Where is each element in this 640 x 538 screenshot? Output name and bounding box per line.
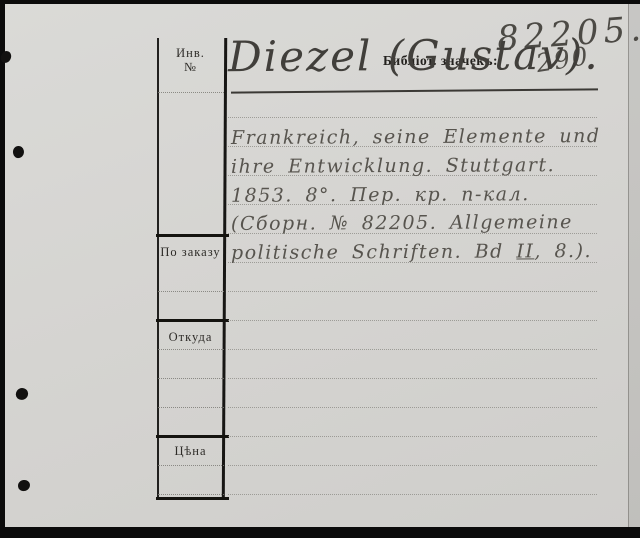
column-ruled-line: [158, 407, 224, 408]
entry-line-4: (Сборн. № 82205. Allgemeine: [231, 211, 573, 235]
catalog-card-scan: Инв. № По заказу Откуда Цѣна Библіот. зн…: [0, 0, 640, 538]
column-ruled-line: [158, 92, 224, 93]
column-ruled-line: [158, 349, 224, 350]
column-section-divider: [156, 234, 229, 237]
ruled-line: [228, 117, 597, 118]
origin-label: Откуда: [157, 330, 224, 344]
order-label: По заказу: [157, 245, 224, 259]
column-ruled-line: [158, 378, 224, 379]
column-section-divider: [156, 435, 229, 438]
column-ruled-line: [158, 291, 224, 292]
ruled-line: [228, 494, 597, 495]
author-heading-underline: [231, 88, 598, 93]
inventory-label-line1: Инв.: [157, 46, 224, 60]
scan-edge-bottom: [0, 527, 640, 538]
price-label: Цѣна: [157, 444, 224, 458]
column-section-divider: [156, 497, 229, 500]
ruled-line: [228, 291, 597, 292]
entry-line-2: ihre Entwicklung. Stuttgart.: [231, 154, 555, 178]
ruled-line: [228, 436, 597, 437]
scan-edge-left: [0, 0, 5, 538]
column-ruled-line: [158, 494, 224, 495]
ink-dot: [14, 386, 29, 401]
paper-right-shade: [629, 4, 640, 527]
ruled-line: [228, 320, 597, 321]
inventory-number-label: Инв. №: [157, 46, 224, 74]
entry-line-5: politische Schriften. Bd II, 8.).: [231, 240, 592, 264]
scan-edge-top: [0, 0, 640, 4]
column-left-border: [157, 38, 159, 500]
entry-line-3: 1853. 8°. Пер. кр. п-кал.: [231, 183, 530, 207]
entry-line-1: Frankreich, seine Elemente und: [231, 125, 601, 149]
ink-dot: [0, 50, 12, 64]
column-ruled-line: [158, 465, 224, 466]
entry-line-5-end: , 8.).: [534, 240, 592, 262]
ruled-line: [228, 349, 597, 350]
inventory-label-line2: №: [157, 60, 224, 74]
ruled-line: [228, 378, 597, 379]
author-heading: Diezel (Gustav).: [228, 30, 600, 82]
column-right-border: [222, 38, 227, 500]
ink-dot: [12, 145, 25, 159]
ink-dot: [17, 479, 30, 491]
ruled-line: [228, 407, 597, 408]
volume-numeral: II: [516, 240, 534, 262]
entry-line-5-text: politische Schriften. Bd: [231, 240, 516, 263]
ruled-line: [228, 465, 597, 466]
column-section-divider: [156, 319, 229, 322]
